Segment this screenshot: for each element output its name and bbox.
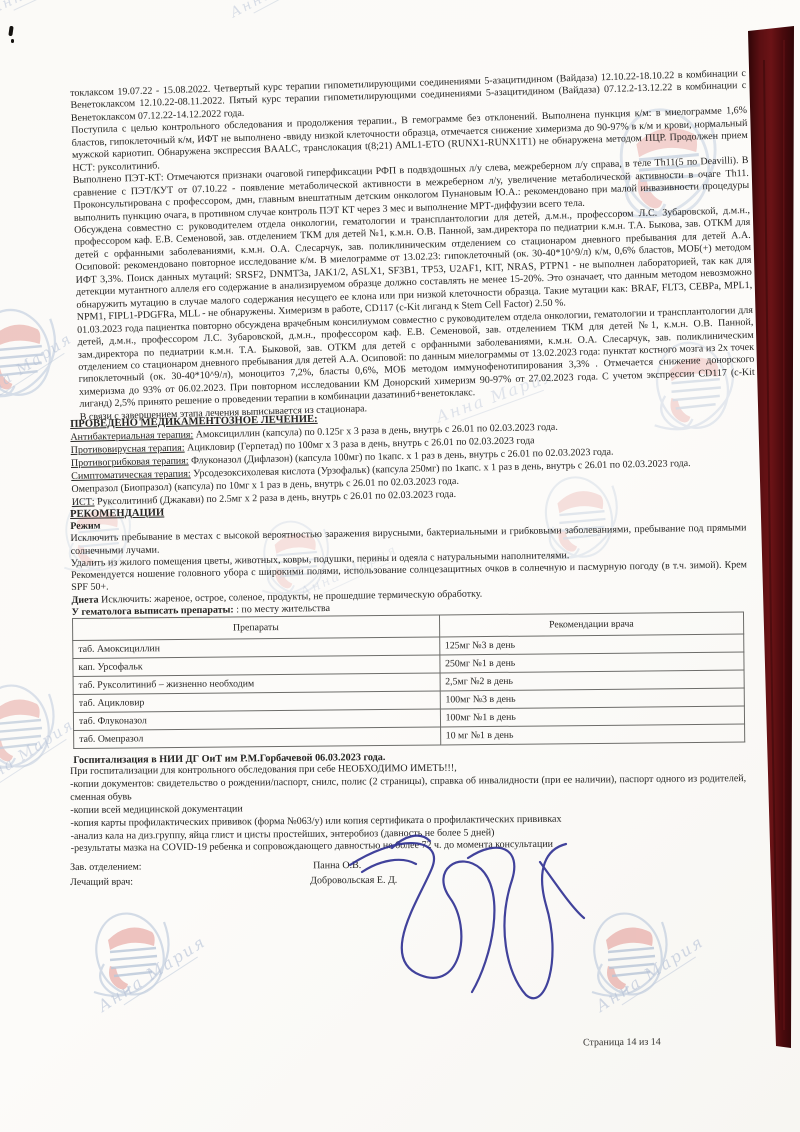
watermark-script: Анна Мария bbox=[0, 0, 97, 19]
medication-treatment-section: ПРОВЕДЕНО МЕДИКАМЕНТОЗНОЕ ЛЕЧЕНИЕ: Антиб… bbox=[70, 404, 748, 509]
watermark-logo bbox=[80, 906, 180, 1006]
column-header-doctor-recommendations: Рекомендации врача bbox=[439, 612, 744, 637]
ink-speck bbox=[11, 39, 14, 43]
watermark-script: Анна Мария bbox=[228, 0, 335, 23]
watermark-script: Анна Мария bbox=[0, 329, 77, 410]
watermark-script: Анна Мария bbox=[94, 932, 210, 1018]
clinical-course-section: токлаксом 19.07.22 - 15.08.2022. Четверт… bbox=[70, 68, 756, 424]
scanned-medical-discharge-page: Анна Мария Анна Мария Анна Мария Анна Ма… bbox=[0, 0, 800, 1132]
watermark-logo bbox=[0, 678, 65, 778]
recommendations-section: РЕКОМЕНДАЦИИ Режим Исключить пребывание … bbox=[70, 497, 748, 619]
prescriptions-section: Препараты Рекомендации врача таб. Амокси… bbox=[72, 612, 749, 766]
checklist-section: При госпитализации для контрольного обсл… bbox=[70, 760, 747, 856]
page-number: Страница 14 из 14 bbox=[583, 1037, 661, 1049]
watermark-logo bbox=[0, 302, 67, 407]
watermark-logo bbox=[578, 906, 678, 1006]
watermark-script: Анна Мария bbox=[592, 932, 708, 1018]
head-of-department-name: Панна О.В. bbox=[313, 858, 361, 873]
prescriptions-table: Препараты Рекомендации врача таб. Амокси… bbox=[72, 612, 745, 749]
signature-block: Зав. отделением: Лечащий врач: Панна О.В… bbox=[70, 855, 746, 900]
attending-doctor-name: Добровольская Е. Д. bbox=[310, 873, 397, 889]
watermark-script: Анна Мария bbox=[0, 715, 79, 796]
ink-speck bbox=[8, 26, 13, 36]
